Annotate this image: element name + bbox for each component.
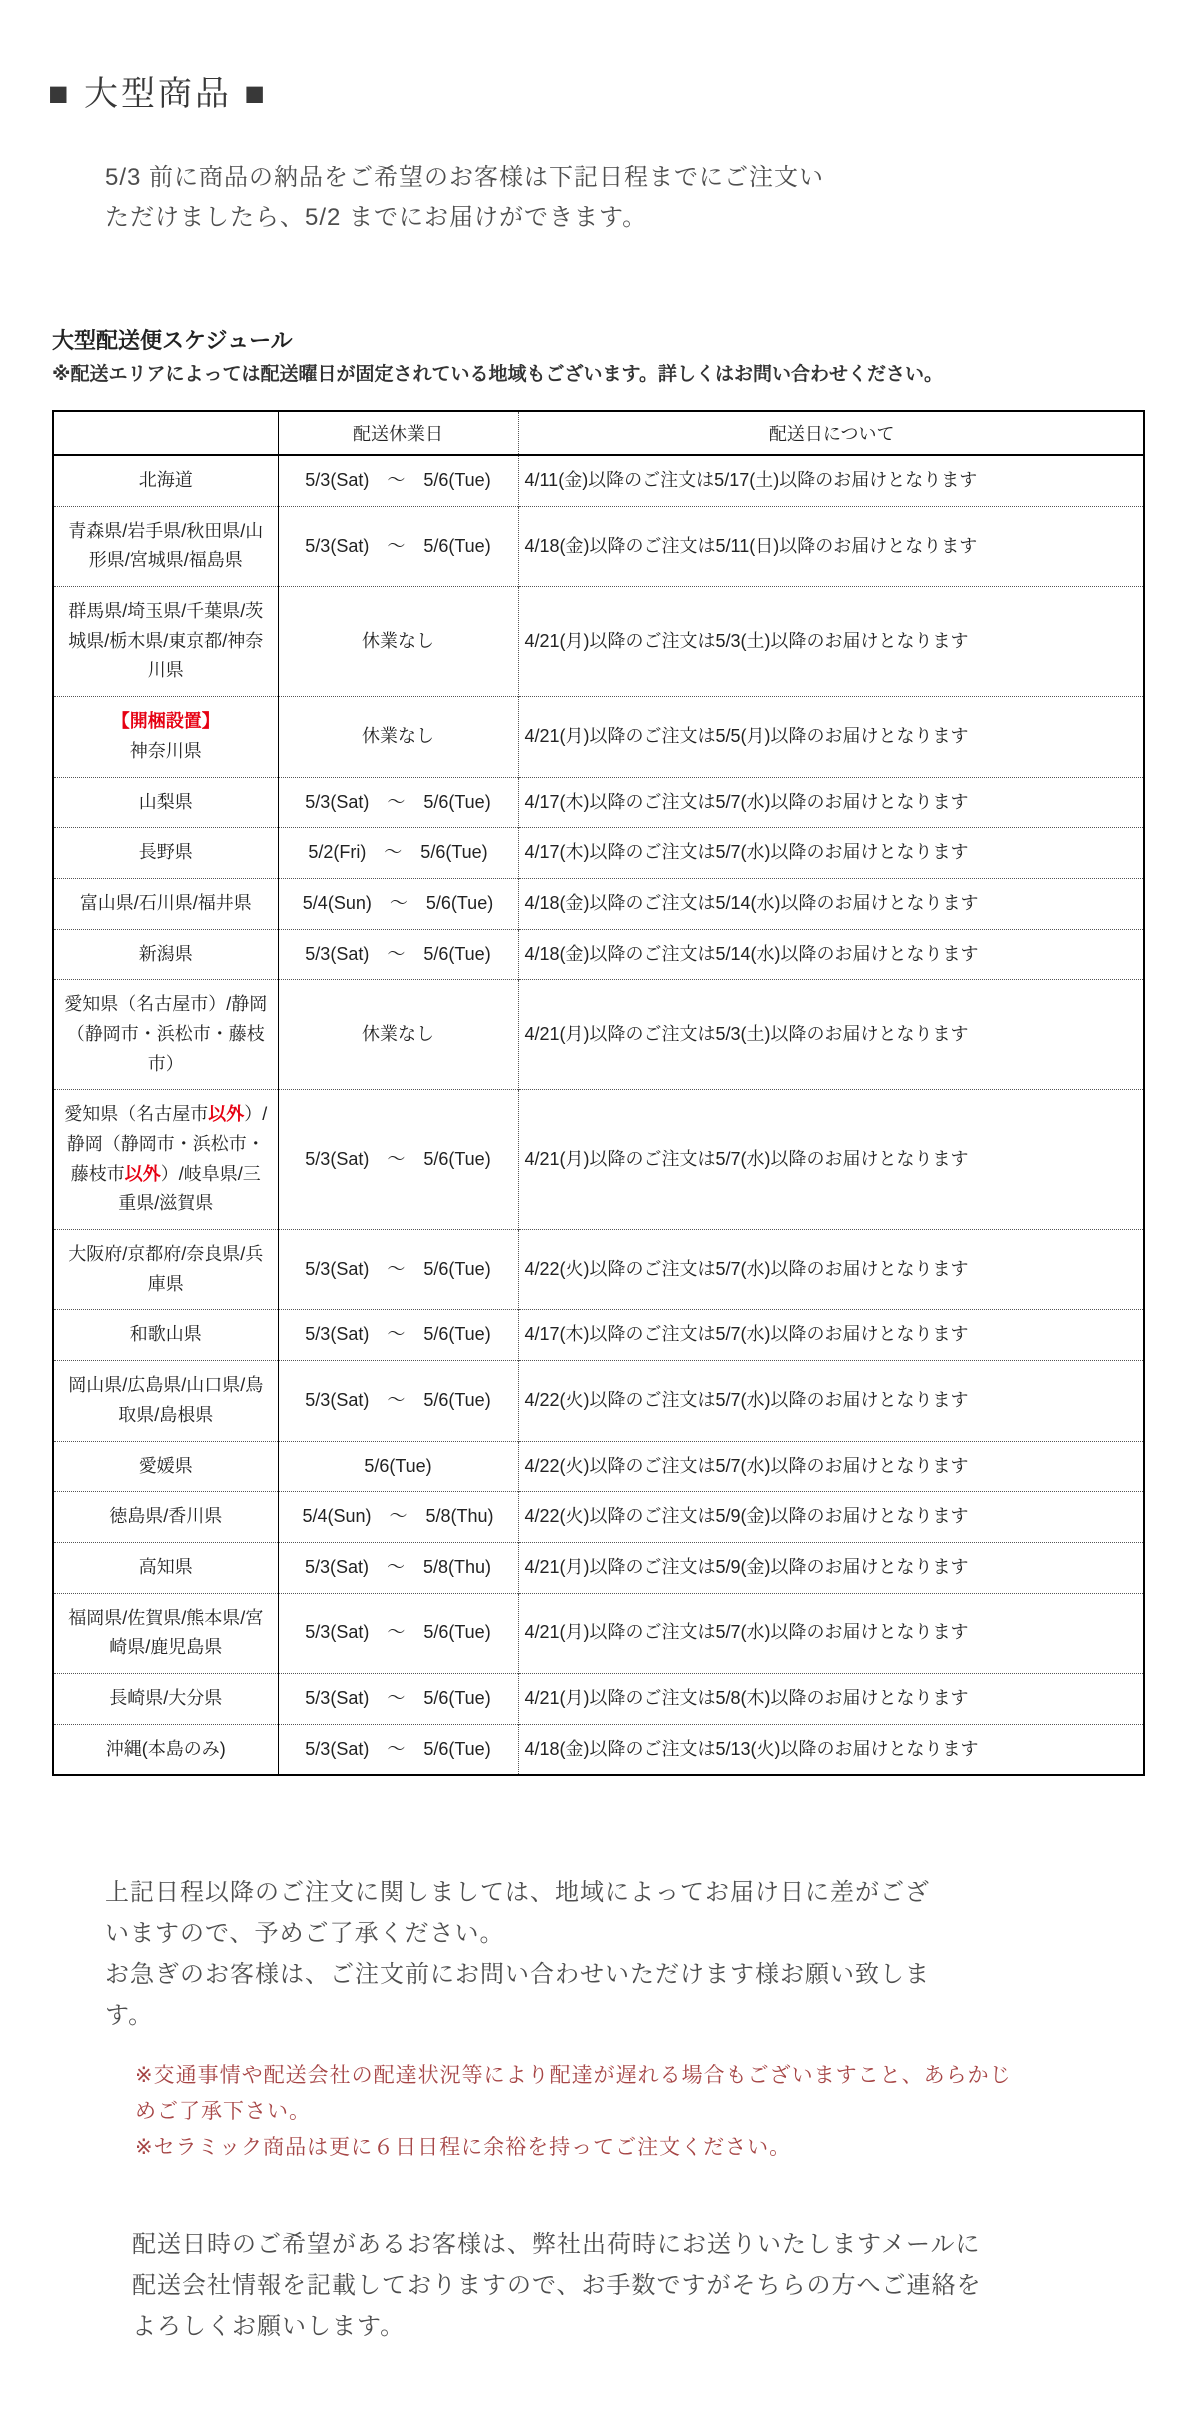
area-cell: 徳島県/香川県: [53, 1492, 278, 1543]
header-info-cell: 配送日について: [518, 411, 1144, 455]
table-row: 福岡県/佐賀県/熊本県/宮崎県/鹿児島県5/3(Sat) ～ 5/6(Tue)4…: [53, 1593, 1144, 1673]
area-cell: 群馬県/埼玉県/千葉県/茨城県/栃木県/東京都/神奈川県: [53, 587, 278, 697]
holiday-cell: 休業なし: [278, 697, 518, 777]
info-cell: 4/17(木)以降のご注文は5/7(水)以降のお届けとなります: [518, 828, 1144, 879]
table-row: 岡山県/広島県/山口県/鳥取県/島根県5/3(Sat) ～ 5/6(Tue)4/…: [53, 1361, 1144, 1441]
table-row: 新潟県5/3(Sat) ～ 5/6(Tue)4/18(金)以降のご注文は5/14…: [53, 929, 1144, 980]
intro-text: 5/3 前に商品の納品をご希望のお客様は下記日程までにご注文い ただけましたら、…: [105, 158, 1200, 238]
info-cell: 4/22(火)以降のご注文は5/9(金)以降のお届けとなります: [518, 1492, 1144, 1543]
area-text: 神奈川県: [130, 741, 202, 761]
holiday-cell: 5/3(Sat) ～ 5/6(Tue): [278, 929, 518, 980]
info-cell: 4/21(月)以降のご注文は5/3(土)以降のお届けとなります: [518, 587, 1144, 697]
area-cell: 福岡県/佐賀県/熊本県/宮崎県/鹿児島県: [53, 1593, 278, 1673]
schedule-note: ※配送エリアによっては配送曜日が固定されている地域もございます。詳しくはお問い合…: [52, 364, 1200, 386]
area-cell: 沖縄(本島のみ): [53, 1724, 278, 1775]
holiday-cell: 5/3(Sat) ～ 5/6(Tue): [278, 1230, 518, 1310]
area-text-red: 以外: [208, 1104, 244, 1124]
table-row: 愛知県（名古屋市）/静岡（静岡市・浜松市・藤枝市）休業なし4/21(月)以降のご…: [53, 980, 1144, 1090]
area-cell: 愛知県（名古屋市以外）/静岡（静岡市・浜松市・藤枝市以外）/岐阜県/三重県/滋賀…: [53, 1090, 278, 1230]
area-cell: 新潟県: [53, 929, 278, 980]
table-row: 大阪府/京都府/奈良県/兵庫県5/3(Sat) ～ 5/6(Tue)4/22(火…: [53, 1230, 1144, 1310]
table-row: 青森県/岩手県/秋田県/山形県/宮城県/福島県5/3(Sat) ～ 5/6(Tu…: [53, 506, 1144, 586]
info-cell: 4/11(金)以降のご注文は5/17(土)以降のお届けとなります: [518, 455, 1144, 506]
area-text: 愛知県（名古屋市: [64, 1104, 208, 1124]
info-cell: 4/21(月)以降のご注文は5/3(土)以降のお届けとなります: [518, 980, 1144, 1090]
area-text: 北海道: [139, 470, 193, 490]
area-text: 和歌山県: [130, 1324, 202, 1344]
holiday-cell: 5/3(Sat) ～ 5/6(Tue): [278, 1673, 518, 1724]
area-cell: 北海道: [53, 455, 278, 506]
table-row: 長崎県/大分県5/3(Sat) ～ 5/6(Tue)4/21(月)以降のご注文は…: [53, 1673, 1144, 1724]
area-text: 岡山県/広島県/山口県/鳥取県/島根県: [68, 1375, 263, 1425]
area-text: 群馬県/埼玉県/千葉県/茨城県/栃木県/東京都/神奈川県: [68, 601, 263, 680]
area-text: 福岡県/佐賀県/熊本県/宮崎県/鹿児島県: [68, 1608, 263, 1658]
area-cell: 青森県/岩手県/秋田県/山形県/宮城県/福島県: [53, 506, 278, 586]
info-cell: 4/22(火)以降のご注文は5/7(水)以降のお届けとなります: [518, 1361, 1144, 1441]
area-text-red: 【開梱設置】: [112, 711, 220, 731]
table-row: 高知県5/3(Sat) ～ 5/8(Thu)4/21(月)以降のご注文は5/9(…: [53, 1542, 1144, 1593]
holiday-cell: 5/3(Sat) ～ 5/6(Tue): [278, 455, 518, 506]
area-cell: 山梨県: [53, 777, 278, 828]
holiday-cell: 5/3(Sat) ～ 5/6(Tue): [278, 1724, 518, 1775]
footer-paragraph-2: 配送日時のご希望があるお客様は、弊社出荷時にお送りいたしますメールに 配送会社情…: [132, 2224, 1200, 2347]
holiday-cell: 5/3(Sat) ～ 5/6(Tue): [278, 777, 518, 828]
schedule-table: 配送休業日 配送日について 北海道5/3(Sat) ～ 5/6(Tue)4/11…: [52, 410, 1145, 1776]
table-row: 群馬県/埼玉県/千葉県/茨城県/栃木県/東京都/神奈川県休業なし4/21(月)以…: [53, 587, 1144, 697]
area-cell: 富山県/石川県/福井県: [53, 878, 278, 929]
header-area-cell: [53, 411, 278, 455]
red-note: ※セラミック商品は更に６日日程に余裕を持ってご注文ください。: [135, 2130, 1200, 2166]
holiday-cell: 5/3(Sat) ～ 5/6(Tue): [278, 506, 518, 586]
area-text: 愛媛県: [139, 1456, 193, 1476]
area-text: 富山県/石川県/福井県: [80, 893, 252, 913]
holiday-cell: 5/3(Sat) ～ 5/6(Tue): [278, 1310, 518, 1361]
info-cell: 4/18(金)以降のご注文は5/14(水)以降のお届けとなります: [518, 929, 1144, 980]
area-text: 長崎県/大分県: [109, 1688, 222, 1708]
holiday-cell: 5/3(Sat) ～ 5/6(Tue): [278, 1361, 518, 1441]
area-text-red: 以外: [125, 1164, 161, 1184]
area-cell: 【開梱設置】 神奈川県: [53, 697, 278, 777]
area-cell: 長野県: [53, 828, 278, 879]
holiday-cell: 5/3(Sat) ～ 5/6(Tue): [278, 1090, 518, 1230]
header-row: 配送休業日 配送日について: [53, 411, 1144, 455]
info-cell: 4/21(月)以降のご注文は5/7(水)以降のお届けとなります: [518, 1593, 1144, 1673]
area-text: 沖縄(本島のみ): [106, 1739, 226, 1759]
holiday-cell: 5/3(Sat) ～ 5/8(Thu): [278, 1542, 518, 1593]
area-text: 山梨県: [139, 792, 193, 812]
area-text: 長野県: [139, 842, 193, 862]
holiday-cell: 5/3(Sat) ～ 5/6(Tue): [278, 1593, 518, 1673]
holiday-cell: 5/2(Fri) ～ 5/6(Tue): [278, 828, 518, 879]
holiday-cell: 5/4(Sun) ～ 5/6(Tue): [278, 878, 518, 929]
page: ■ 大型商品 ■ 5/3 前に商品の納品をご希望のお客様は下記日程までにご注文い…: [0, 70, 1200, 2347]
table-row: 愛媛県5/6(Tue)4/22(火)以降のご注文は5/7(水)以降のお届けとなり…: [53, 1441, 1144, 1492]
schedule-heading: 大型配送便スケジュール: [52, 328, 1200, 354]
info-cell: 4/22(火)以降のご注文は5/7(水)以降のお届けとなります: [518, 1441, 1144, 1492]
holiday-cell: 5/4(Sun) ～ 5/8(Thu): [278, 1492, 518, 1543]
table-row: 長野県5/2(Fri) ～ 5/6(Tue)4/17(木)以降のご注文は5/7(…: [53, 828, 1144, 879]
red-note: ※交通事情や配送会社の配達状況等により配達が遅れる場合もございますこと、あらかじ…: [135, 2058, 1200, 2130]
info-cell: 4/17(木)以降のご注文は5/7(水)以降のお届けとなります: [518, 777, 1144, 828]
schedule-table-body: 北海道5/3(Sat) ～ 5/6(Tue)4/11(金)以降のご注文は5/17…: [53, 455, 1144, 1775]
header-holiday-cell: 配送休業日: [278, 411, 518, 455]
info-cell: 4/21(月)以降のご注文は5/7(水)以降のお届けとなります: [518, 1090, 1144, 1230]
table-row: 和歌山県5/3(Sat) ～ 5/6(Tue)4/17(木)以降のご注文は5/7…: [53, 1310, 1144, 1361]
area-cell: 高知県: [53, 1542, 278, 1593]
table-row: 北海道5/3(Sat) ～ 5/6(Tue)4/11(金)以降のご注文は5/17…: [53, 455, 1144, 506]
table-row: 徳島県/香川県5/4(Sun) ～ 5/8(Thu)4/22(火)以降のご注文は…: [53, 1492, 1144, 1543]
area-cell: 愛媛県: [53, 1441, 278, 1492]
info-cell: 4/21(月)以降のご注文は5/9(金)以降のお届けとなります: [518, 1542, 1144, 1593]
page-title: ■ 大型商品 ■: [48, 70, 1200, 118]
area-text: 愛知県（名古屋市）/静岡（静岡市・浜松市・藤枝市）: [64, 994, 267, 1073]
info-cell: 4/21(月)以降のご注文は5/5(月)以降のお届けとなります: [518, 697, 1144, 777]
table-row: 富山県/石川県/福井県5/4(Sun) ～ 5/6(Tue)4/18(金)以降の…: [53, 878, 1144, 929]
area-cell: 大阪府/京都府/奈良県/兵庫県: [53, 1230, 278, 1310]
info-cell: 4/22(火)以降のご注文は5/7(水)以降のお届けとなります: [518, 1230, 1144, 1310]
area-text: 高知県: [139, 1557, 193, 1577]
info-cell: 4/17(木)以降のご注文は5/7(水)以降のお届けとなります: [518, 1310, 1144, 1361]
area-cell: 長崎県/大分県: [53, 1673, 278, 1724]
table-row: 【開梱設置】 神奈川県休業なし4/21(月)以降のご注文は5/5(月)以降のお届…: [53, 697, 1144, 777]
table-row: 愛知県（名古屋市以外）/静岡（静岡市・浜松市・藤枝市以外）/岐阜県/三重県/滋賀…: [53, 1090, 1144, 1230]
schedule-table-head: 配送休業日 配送日について: [53, 411, 1144, 455]
area-cell: 岡山県/広島県/山口県/鳥取県/島根県: [53, 1361, 278, 1441]
holiday-cell: 休業なし: [278, 587, 518, 697]
area-cell: 愛知県（名古屋市）/静岡（静岡市・浜松市・藤枝市）: [53, 980, 278, 1090]
holiday-cell: 休業なし: [278, 980, 518, 1090]
area-text: 新潟県: [139, 944, 193, 964]
area-text: 徳島県/香川県: [109, 1506, 222, 1526]
info-cell: 4/18(金)以降のご注文は5/11(日)以降のお届けとなります: [518, 506, 1144, 586]
area-text: 青森県/岩手県/秋田県/山形県/宮城県/福島県: [68, 521, 263, 571]
info-cell: 4/18(金)以降のご注文は5/14(水)以降のお届けとなります: [518, 878, 1144, 929]
table-row: 沖縄(本島のみ)5/3(Sat) ～ 5/6(Tue)4/18(金)以降のご注文…: [53, 1724, 1144, 1775]
footer-paragraph-1: 上記日程以降のご注文に関しましては、地域によってお届け日に差がござ いますので、…: [105, 1872, 1200, 2036]
area-cell: 和歌山県: [53, 1310, 278, 1361]
area-text: 大阪府/京都府/奈良県/兵庫県: [68, 1244, 263, 1294]
footer-red-notes: ※交通事情や配送会社の配達状況等により配達が遅れる場合もございますこと、あらかじ…: [135, 2058, 1200, 2166]
info-cell: 4/18(金)以降のご注文は5/13(火)以降のお届けとなります: [518, 1724, 1144, 1775]
holiday-cell: 5/6(Tue): [278, 1441, 518, 1492]
table-row: 山梨県5/3(Sat) ～ 5/6(Tue)4/17(木)以降のご注文は5/7(…: [53, 777, 1144, 828]
info-cell: 4/21(月)以降のご注文は5/8(木)以降のお届けとなります: [518, 1673, 1144, 1724]
